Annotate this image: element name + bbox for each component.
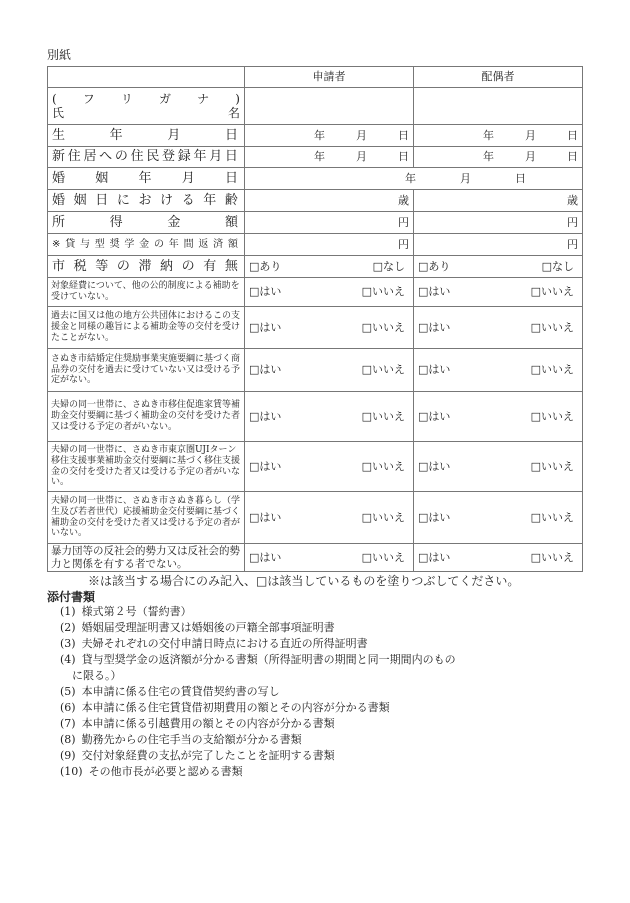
label-income: 所 得 金 額: [48, 212, 245, 234]
checkbox-yes[interactable]: □あり: [418, 260, 450, 273]
item-number: (2): [60, 620, 76, 636]
label-char: 月: [209, 149, 222, 165]
label-char: 奨: [110, 239, 120, 251]
attachment-item: (3)夫婦それぞれの交付申請日時点における直近の所得証明書: [60, 636, 456, 652]
label-char: 納: [160, 259, 173, 275]
condition-label: 夫婦の同一世帯に、さぬき市移住促進家賃等補助金交付要綱に基づく補助金の交付を受け…: [48, 392, 245, 442]
applicant-birth-date-field[interactable]: 年月日: [245, 125, 414, 147]
applicant-condition-choice: □はい□いいえ: [245, 392, 414, 442]
label-char: 録: [178, 149, 191, 165]
label-char: 金: [139, 239, 149, 251]
spouse-scholarship-field[interactable]: 円: [414, 234, 583, 256]
checkbox-yes[interactable]: □はい: [249, 363, 281, 376]
applicant-condition-choice: □はい□いいえ: [245, 442, 414, 492]
checkbox-no[interactable]: □いいえ: [362, 460, 405, 473]
label-char: 居: [83, 149, 96, 165]
label-char: 年: [138, 171, 151, 187]
attachment-item: (6)本申請に係る住宅賃貸借初期費用の額とその内容が分かる書類: [60, 700, 456, 716]
label-char: 金: [167, 215, 180, 231]
label-char: 民: [146, 149, 159, 165]
unit-yen: 円: [567, 216, 578, 229]
attachment-item: (4)貸与型奨学金の返済額が分かる書類（所得証明書の期間と同一期間内のもの: [60, 652, 456, 668]
label-age-at-marriage: 婚 姻 日 に お け る 年 齢: [48, 190, 245, 212]
applicant-condition-choice: □はい□いいえ: [245, 492, 414, 544]
checkbox-no[interactable]: □いいえ: [362, 285, 405, 298]
unit-month: 月: [494, 150, 536, 163]
label-char: 登: [162, 149, 175, 165]
label-char: ※: [52, 239, 60, 251]
checkbox-no[interactable]: □いいえ: [362, 551, 405, 564]
label-char: 済: [213, 239, 223, 251]
furigana-char: フ: [83, 92, 95, 106]
label-char: 婚: [52, 193, 65, 209]
checkbox-no[interactable]: □いいえ: [362, 511, 405, 524]
label-tax-delinquency: 市 税 等 の 滞 納 の 有 無: [48, 256, 245, 278]
item-number: (9): [60, 748, 76, 764]
checkbox-no[interactable]: □いいえ: [531, 321, 574, 334]
spouse-name-field[interactable]: [414, 88, 583, 125]
label-char: 返: [198, 239, 208, 251]
label-char: 貸: [65, 239, 75, 251]
spouse-condition-choice: □はい□いいえ: [414, 492, 583, 544]
unit-month: 月: [494, 129, 536, 142]
label-char: 年: [203, 193, 216, 209]
checkbox-yes[interactable]: □はい: [418, 321, 450, 334]
item-number: (3): [60, 636, 76, 652]
item-number: (4): [60, 652, 76, 668]
attachment-item: (8)勤務先からの住宅手当の支給額が分かる書類: [60, 732, 456, 748]
unit-day: 日: [536, 150, 578, 163]
header-spouse: 配偶者: [414, 67, 583, 88]
label-char: 日: [225, 149, 238, 165]
row-scholarship: ※ 貸 与 型 奨 学 金 の 年 間 返 済 額 円 円: [48, 234, 583, 256]
label-char: へ: [99, 149, 112, 165]
condition-label: 夫婦の同一世帯に、さぬき市東京圏UJIターン移住支援事業補助金交付要綱に基づく移…: [48, 442, 245, 492]
label-char: 姻: [74, 193, 87, 209]
row-condition-4: 夫婦の同一世帯に、さぬき市移住促進家賃等補助金交付要綱に基づく補助金の交付を受け…: [48, 392, 583, 442]
checkbox-yes[interactable]: □はい: [249, 285, 281, 298]
label-char: の: [154, 239, 164, 251]
row-income: 所 得 金 額 円 円: [48, 212, 583, 234]
label-shimei: 氏 名: [52, 106, 240, 120]
label-char: 与: [80, 239, 90, 251]
furigana-char: ナ: [197, 92, 209, 106]
label-char: 年: [110, 128, 123, 144]
unit-yen: 円: [567, 238, 578, 251]
applicant-condition-choice: □はい□いいえ: [245, 349, 414, 392]
item-text: 様式第２号（誓約書）: [82, 605, 192, 618]
spouse-condition-choice: □はい□いいえ: [414, 392, 583, 442]
applicant-income-field[interactable]: 円: [245, 212, 414, 234]
applicant-scholarship-field[interactable]: 円: [245, 234, 414, 256]
label-char: 日: [95, 193, 108, 209]
application-form-table: 申請者 配偶者 ( フ リ ガ ナ ) 氏 名 生 年 月: [47, 66, 583, 572]
applicant-condition-choice: □はい□いいえ: [245, 278, 414, 307]
applicant-age-field[interactable]: 歳: [245, 190, 414, 212]
attachment-item: (10)その他市長が必要と認める書類: [60, 764, 456, 780]
row-tax-delinquency: 市 税 等 の 滞 納 の 有 無 □あり□なし □あり□なし: [48, 256, 583, 278]
checkbox-yes[interactable]: □はい: [418, 551, 450, 564]
checkbox-yes[interactable]: □はい: [418, 460, 450, 473]
condition-label: 過去に国又は他の地方公共団体におけるこの支援金と同様の趣旨による補助金等の交付を…: [48, 307, 245, 349]
item-number: (5): [60, 684, 76, 700]
header-blank: [48, 67, 245, 88]
label-char: 額: [228, 239, 238, 251]
row-registration-date: 新 住 居 へ の 住 民 登 録 年 月 日 年月日 年月日: [48, 147, 583, 168]
label-furigana: ( フ リ ガ ナ ): [52, 92, 240, 106]
row-condition-3: さぬき市結婚定住奨励事業実施要綱に基づく商品券の交付を過去に受けていない又は受け…: [48, 349, 583, 392]
label-char: 年: [193, 149, 206, 165]
label-char: に: [117, 193, 130, 209]
checkbox-yes[interactable]: □はい: [249, 410, 281, 423]
label-char: 日: [225, 171, 238, 187]
instruction-note: ※は該当する場合にのみ記入、□は該当しているものを塗りつぶしてください。: [88, 572, 519, 589]
label-char: 所: [52, 215, 65, 231]
label-char: の: [117, 259, 130, 275]
furigana-char: (: [52, 92, 57, 106]
label-char: の: [182, 259, 195, 275]
checkbox-yes[interactable]: □はい: [418, 410, 450, 423]
item-text: 勤務先からの住宅手当の支給額が分かる書類: [82, 733, 302, 746]
label-char: 年: [169, 239, 179, 251]
label-char: 市: [52, 259, 65, 275]
condition-label: 夫婦の同一世帯に、さぬき市さぬき暮らし（学生及び若者世代）応援補助金交付要綱に基…: [48, 492, 245, 544]
header-row: 申請者 配偶者: [48, 67, 583, 88]
item-number: (10): [60, 764, 83, 780]
row-condition-5: 夫婦の同一世帯に、さぬき市東京圏UJIターン移住支援事業補助金交付要綱に基づく移…: [48, 442, 583, 492]
checkbox-no[interactable]: □いいえ: [531, 410, 574, 423]
attachments-list: (1)様式第２号（誓約書） (2)婚姻届受理証明書又は婚姻後の戸籍全部事項証明書…: [60, 604, 456, 780]
label-registration-date: 新 住 居 へ の 住 民 登 録 年 月 日: [48, 147, 245, 168]
label-scholarship: ※ 貸 与 型 奨 学 金 の 年 間 返 済 額: [48, 234, 245, 256]
label-char: 無: [225, 259, 238, 275]
attachment-item: (5)本申請に係る住宅の賃貸借契約書の写し: [60, 684, 456, 700]
applicant-condition-choice: □はい□いいえ: [245, 544, 414, 572]
label-char: 型: [95, 239, 105, 251]
condition-label: 暴力団等の反社会的勢力又は反社会的勢力と関係を有する者でない。: [48, 544, 245, 572]
label-char: 得: [110, 215, 123, 231]
row-condition-2: 過去に国又は他の地方公共団体におけるこの支援金と同様の趣旨による補助金等の交付を…: [48, 307, 583, 349]
item-text: 貸与型奨学金の返済額が分かる書類（所得証明書の期間と同一期間内のもの: [82, 653, 456, 666]
checkbox-no[interactable]: □なし: [373, 260, 405, 273]
checkbox-yes[interactable]: □はい: [249, 551, 281, 564]
checkbox-yes[interactable]: □はい: [418, 285, 450, 298]
label-char: 生: [52, 128, 65, 144]
item-number: (6): [60, 700, 76, 716]
label-char: 月: [182, 171, 195, 187]
unit-year: 年: [283, 129, 325, 142]
checkbox-no[interactable]: □いいえ: [531, 460, 574, 473]
attachment-item-continuation: に限る。）: [60, 668, 456, 684]
item-text: 本申請に係る住宅の賃貸借契約書の写し: [82, 685, 280, 698]
unit-day: 日: [471, 172, 526, 185]
attachment-item: (7)本申請に係る引越費用の額とその内容が分かる書類: [60, 716, 456, 732]
checkbox-no[interactable]: □いいえ: [531, 285, 574, 298]
marriage-date-field[interactable]: 年月日: [245, 168, 583, 190]
item-text: 交付対象経費の支払が完了したことを証明する書類: [82, 749, 335, 762]
spouse-tax-choice: □あり□なし: [414, 256, 583, 278]
checkbox-no[interactable]: □いいえ: [531, 511, 574, 524]
checkbox-yes[interactable]: □はい: [418, 363, 450, 376]
attachment-item: (9)交付対象経費の支払が完了したことを証明する書類: [60, 748, 456, 764]
unit-yen: 円: [398, 238, 409, 251]
checkbox-no[interactable]: □いいえ: [362, 321, 405, 334]
label-char: お: [138, 193, 151, 209]
label-char: る: [182, 193, 195, 209]
furigana-char: リ: [121, 92, 133, 106]
spouse-condition-choice: □はい□いいえ: [414, 349, 583, 392]
unit-month: 月: [416, 172, 471, 185]
label-char: 住: [131, 149, 144, 165]
spouse-condition-choice: □はい□いいえ: [414, 278, 583, 307]
unit-age: 歳: [567, 194, 578, 207]
item-number: (1): [60, 604, 76, 620]
row-condition-6: 夫婦の同一世帯に、さぬき市さぬき暮らし（学生及び若者世代）応援補助金交付要綱に基…: [48, 492, 583, 544]
label-char: け: [160, 193, 173, 209]
label-char: 月: [167, 128, 180, 144]
checkbox-no[interactable]: □いいえ: [531, 551, 574, 564]
row-age-at-marriage: 婚 姻 日 に お け る 年 齢 歳 歳: [48, 190, 583, 212]
unit-year: 年: [361, 172, 416, 185]
name-char: 氏: [52, 106, 64, 120]
item-number: (7): [60, 716, 76, 732]
attachments-title: 添付書類: [47, 588, 95, 605]
unit-year: 年: [283, 150, 325, 163]
unit-day: 日: [367, 150, 409, 163]
checkbox-yes[interactable]: □はい: [249, 460, 281, 473]
label-char: 婚: [52, 171, 65, 187]
applicant-condition-choice: □はい□いいえ: [245, 307, 414, 349]
unit-yen: 円: [398, 216, 409, 229]
applicant-tax-choice: □あり□なし: [245, 256, 414, 278]
unit-month: 月: [325, 150, 367, 163]
label-char: 姻: [95, 171, 108, 187]
checkbox-yes[interactable]: □あり: [249, 260, 281, 273]
row-condition-7: 暴力団等の反社会的勢力又は反社会的勢力と関係を有する者でない。 □はい□いいえ …: [48, 544, 583, 572]
row-birth-date: 生 年 月 日 年月日 年月日: [48, 125, 583, 147]
checkbox-yes[interactable]: □はい: [418, 511, 450, 524]
spouse-condition-choice: □はい□いいえ: [414, 442, 583, 492]
label-char: 齢: [225, 193, 238, 209]
item-text: 本申請に係る住宅賃貸借初期費用の額とその内容が分かる書類: [82, 701, 390, 714]
applicant-registration-date-field[interactable]: 年月日: [245, 147, 414, 168]
spouse-income-field[interactable]: 円: [414, 212, 583, 234]
spouse-age-field[interactable]: 歳: [414, 190, 583, 212]
checkbox-no[interactable]: □なし: [542, 260, 574, 273]
checkbox-no[interactable]: □いいえ: [362, 363, 405, 376]
unit-day: 日: [536, 129, 578, 142]
item-number: (8): [60, 732, 76, 748]
item-text: 夫婦それぞれの交付申請日時点における直近の所得証明書: [82, 637, 368, 650]
label-char: 間: [184, 239, 194, 251]
label-marriage-date: 婚 姻 年 月 日: [48, 168, 245, 190]
label-char: 等: [95, 259, 108, 275]
attachment-item: (2)婚姻届受理証明書又は婚姻後の戸籍全部事項証明書: [60, 620, 456, 636]
label-char: 有: [203, 259, 216, 275]
label-char: 額: [225, 215, 238, 231]
checkbox-no[interactable]: □いいえ: [531, 363, 574, 376]
spouse-registration-date-field[interactable]: 年月日: [414, 147, 583, 168]
label-char: 税: [74, 259, 87, 275]
applicant-name-field[interactable]: [245, 88, 414, 125]
item-text: その他市長が必要と認める書類: [89, 765, 243, 778]
item-text: 本申請に係る引越費用の額とその内容が分かる書類: [82, 717, 335, 730]
unit-month: 月: [325, 129, 367, 142]
furigana-char: ガ: [159, 92, 171, 106]
label-char: 住: [68, 149, 81, 165]
unit-year: 年: [452, 129, 494, 142]
checkbox-no[interactable]: □いいえ: [362, 410, 405, 423]
name-char: 名: [228, 106, 240, 120]
row-condition-1: 対象経費について、他の公的制度による補助を受けていない。 □はい□いいえ □はい…: [48, 278, 583, 307]
condition-label: 対象経費について、他の公的制度による補助を受けていない。: [48, 278, 245, 307]
checkbox-yes[interactable]: □はい: [249, 321, 281, 334]
label-char: の: [115, 149, 128, 165]
label-char: 学: [124, 239, 134, 251]
spouse-condition-choice: □はい□いいえ: [414, 307, 583, 349]
row-marriage-date: 婚 姻 年 月 日 年月日: [48, 168, 583, 190]
row-name: ( フ リ ガ ナ ) 氏 名: [48, 88, 583, 125]
label-birth-date: 生 年 月 日: [48, 125, 245, 147]
attachment-item: (1)様式第２号（誓約書）: [60, 604, 456, 620]
condition-label: さぬき市結婚定住奨励事業実施要綱に基づく商品券の交付を過去に受けていない又は受け…: [48, 349, 245, 392]
spouse-condition-choice: □はい□いいえ: [414, 544, 583, 572]
unit-age: 歳: [398, 194, 409, 207]
spouse-birth-date-field[interactable]: 年月日: [414, 125, 583, 147]
label-name: ( フ リ ガ ナ ) 氏 名: [48, 88, 245, 125]
item-text: 婚姻届受理証明書又は婚姻後の戸籍全部事項証明書: [82, 621, 335, 634]
header-applicant: 申請者: [245, 67, 414, 88]
document-title: 別紙: [47, 46, 71, 63]
label-char: 新: [52, 149, 65, 165]
furigana-char: ): [235, 92, 240, 106]
unit-day: 日: [367, 129, 409, 142]
label-char: 滞: [138, 259, 151, 275]
checkbox-yes[interactable]: □はい: [249, 511, 281, 524]
label-char: 日: [225, 128, 238, 144]
unit-year: 年: [452, 150, 494, 163]
